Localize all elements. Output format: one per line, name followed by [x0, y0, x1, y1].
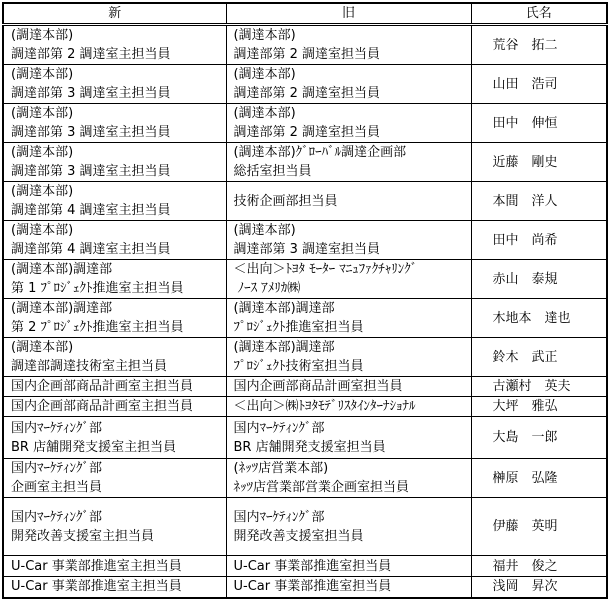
cell-new-position: (調達本部)調達部 第 2 ﾌﾟﾛｼﾞｪｸﾄ推進室主担当員 — [3, 299, 226, 338]
cell-old-position: 国内ﾏｰｹﾃｨﾝｸﾞ部 BR 店舗開発支援室担当員 — [226, 417, 471, 459]
cell-person-name: 榊原 弘隆 — [471, 459, 607, 498]
personnel-change-table: 新 旧 氏名 (調達本部) 調達部第 2 調達室主担当員 (調達本部) 調達部第… — [2, 2, 608, 599]
column-header-name: 氏名 — [471, 3, 607, 25]
cell-person-name: 大島 一郎 — [471, 417, 607, 459]
table-row: (調達本部) 調達部第 2 調達室主担当員 (調達本部) 調達部第 2 調達室担… — [3, 25, 607, 65]
cell-new-position: (調達本部) 調達部第 3 調達室主担当員 — [3, 143, 226, 182]
table-row: (調達本部)調達部 第 2 ﾌﾟﾛｼﾞｪｸﾄ推進室主担当員 (調達本部)調達部 … — [3, 299, 607, 338]
cell-person-name: 田中 尚希 — [471, 221, 607, 260]
cell-person-name: 鈴木 武正 — [471, 338, 607, 377]
cell-person-name: 赤山 泰規 — [471, 260, 607, 299]
cell-old-position: (調達本部)ｸﾞﾛｰﾊﾞﾙ調達企画部 総括室担当員 — [226, 143, 471, 182]
cell-person-name: 田中 伸恒 — [471, 104, 607, 143]
cell-person-name: 荒谷 拓二 — [471, 25, 607, 65]
table-row: U-Car 事業部推進室主担当員 U-Car 事業部推進室担当員 浅岡 昇次 — [3, 577, 607, 598]
cell-person-name: 近藤 剛史 — [471, 143, 607, 182]
cell-person-name: 木地本 達也 — [471, 299, 607, 338]
cell-new-position: 国内ﾏｰｹﾃｨﾝｸﾞ部 企画室主担当員 — [3, 459, 226, 498]
header-row: 新 旧 氏名 — [3, 3, 607, 25]
table-row: 国内ﾏｰｹﾃｨﾝｸﾞ部 BR 店舗開発支援室主担当員 国内ﾏｰｹﾃｨﾝｸﾞ部 B… — [3, 417, 607, 459]
table-row: (調達本部) 調達部第 4 調達室主担当員 (調達本部) 調達部第 3 調達室担… — [3, 221, 607, 260]
column-header-old: 旧 — [226, 3, 471, 25]
table-row: (調達本部) 調達部調達技術室主担当員 (調達本部)調達部 ﾌﾟﾛｼﾞｪｸﾄ技術… — [3, 338, 607, 377]
cell-old-position: (調達本部)調達部 ﾌﾟﾛｼﾞｪｸﾄ推進室担当員 — [226, 299, 471, 338]
table-row: (調達本部)調達部 第 1 ﾌﾟﾛｼﾞｪｸﾄ推進室主担当員 ＜出向＞ﾄﾖﾀ ﾓｰ… — [3, 260, 607, 299]
cell-person-name: 福井 俊之 — [471, 556, 607, 577]
cell-new-position: U-Car 事業部推進室主担当員 — [3, 577, 226, 598]
cell-new-position: (調達本部) 調達部調達技術室主担当員 — [3, 338, 226, 377]
cell-person-name: 浅岡 昇次 — [471, 577, 607, 598]
cell-old-position: U-Car 事業部推進室担当員 — [226, 556, 471, 577]
column-header-new: 新 — [3, 3, 226, 25]
cell-new-position: 国内企画部商品計画室主担当員 — [3, 397, 226, 417]
table-row: (調達本部) 調達部第 3 調達室主担当員 (調達本部) 調達部第 2 調達室担… — [3, 104, 607, 143]
cell-old-position: (ﾈｯﾂ店営業本部) ﾈｯﾂ店営業部営業企画室担当員 — [226, 459, 471, 498]
table-row: (調達本部) 調達部第 4 調達室主担当員 技術企画部担当員 本間 洋人 — [3, 182, 607, 221]
cell-old-position: 国内企画部商品計画室担当員 — [226, 377, 471, 397]
table-row: 国内ﾏｰｹﾃｨﾝｸﾞ部 企画室主担当員 (ﾈｯﾂ店営業本部) ﾈｯﾂ店営業部営業… — [3, 459, 607, 498]
cell-new-position: (調達本部) 調達部第 3 調達室主担当員 — [3, 65, 226, 104]
cell-old-position: ＜出向＞ﾄﾖﾀ ﾓｰﾀｰ ﾏﾆｭﾌｧｸﾁｬﾘﾝｸﾞ ﾉｰｽ ｱﾒﾘｶ㈱ — [226, 260, 471, 299]
cell-new-position: 国内ﾏｰｹﾃｨﾝｸﾞ部 開発改善支援室主担当員 — [3, 498, 226, 556]
cell-old-position: (調達本部)調達部 ﾌﾟﾛｼﾞｪｸﾄ技術室担当員 — [226, 338, 471, 377]
table-row: (調達本部) 調達部第 3 調達室主担当員 (調達本部)ｸﾞﾛｰﾊﾞﾙ調達企画部… — [3, 143, 607, 182]
cell-old-position: (調達本部) 調達部第 2 調達室担当員 — [226, 104, 471, 143]
cell-old-position: (調達本部) 調達部第 2 調達室担当員 — [226, 65, 471, 104]
cell-old-position: ＜出向＞㈱ﾄﾖﾀﾓﾃﾞﾘｽﾀｲﾝﾀｰﾅｼｮﾅﾙ — [226, 397, 471, 417]
cell-old-position: 技術企画部担当員 — [226, 182, 471, 221]
cell-new-position: (調達本部) 調達部第 3 調達室主担当員 — [3, 104, 226, 143]
cell-new-position: U-Car 事業部推進室主担当員 — [3, 556, 226, 577]
cell-person-name: 古瀬村 英夫 — [471, 377, 607, 397]
cell-old-position: 国内ﾏｰｹﾃｨﾝｸﾞ部 開発改善支援室担当員 — [226, 498, 471, 556]
cell-old-position: U-Car 事業部推進室担当員 — [226, 577, 471, 598]
cell-new-position: 国内ﾏｰｹﾃｨﾝｸﾞ部 BR 店舗開発支援室主担当員 — [3, 417, 226, 459]
cell-person-name: 伊藤 英明 — [471, 498, 607, 556]
cell-new-position: (調達本部) 調達部第 4 調達室主担当員 — [3, 182, 226, 221]
cell-person-name: 本間 洋人 — [471, 182, 607, 221]
table-row: U-Car 事業部推進室主担当員 U-Car 事業部推進室担当員 福井 俊之 — [3, 556, 607, 577]
table-row: 国内企画部商品計画室主担当員 国内企画部商品計画室担当員 古瀬村 英夫 — [3, 377, 607, 397]
cell-new-position: 国内企画部商品計画室主担当員 — [3, 377, 226, 397]
cell-person-name: 山田 浩司 — [471, 65, 607, 104]
cell-person-name: 大坪 雅弘 — [471, 397, 607, 417]
table-row: (調達本部) 調達部第 3 調達室主担当員 (調達本部) 調達部第 2 調達室担… — [3, 65, 607, 104]
cell-new-position: (調達本部)調達部 第 1 ﾌﾟﾛｼﾞｪｸﾄ推進室主担当員 — [3, 260, 226, 299]
table-row: 国内ﾏｰｹﾃｨﾝｸﾞ部 開発改善支援室主担当員 国内ﾏｰｹﾃｨﾝｸﾞ部 開発改善… — [3, 498, 607, 556]
cell-new-position: (調達本部) 調達部第 4 調達室主担当員 — [3, 221, 226, 260]
cell-old-position: (調達本部) 調達部第 3 調達室担当員 — [226, 221, 471, 260]
table-row: 国内企画部商品計画室主担当員 ＜出向＞㈱ﾄﾖﾀﾓﾃﾞﾘｽﾀｲﾝﾀｰﾅｼｮﾅﾙ 大… — [3, 397, 607, 417]
cell-old-position: (調達本部) 調達部第 2 調達室担当員 — [226, 25, 471, 65]
cell-new-position: (調達本部) 調達部第 2 調達室主担当員 — [3, 25, 226, 65]
